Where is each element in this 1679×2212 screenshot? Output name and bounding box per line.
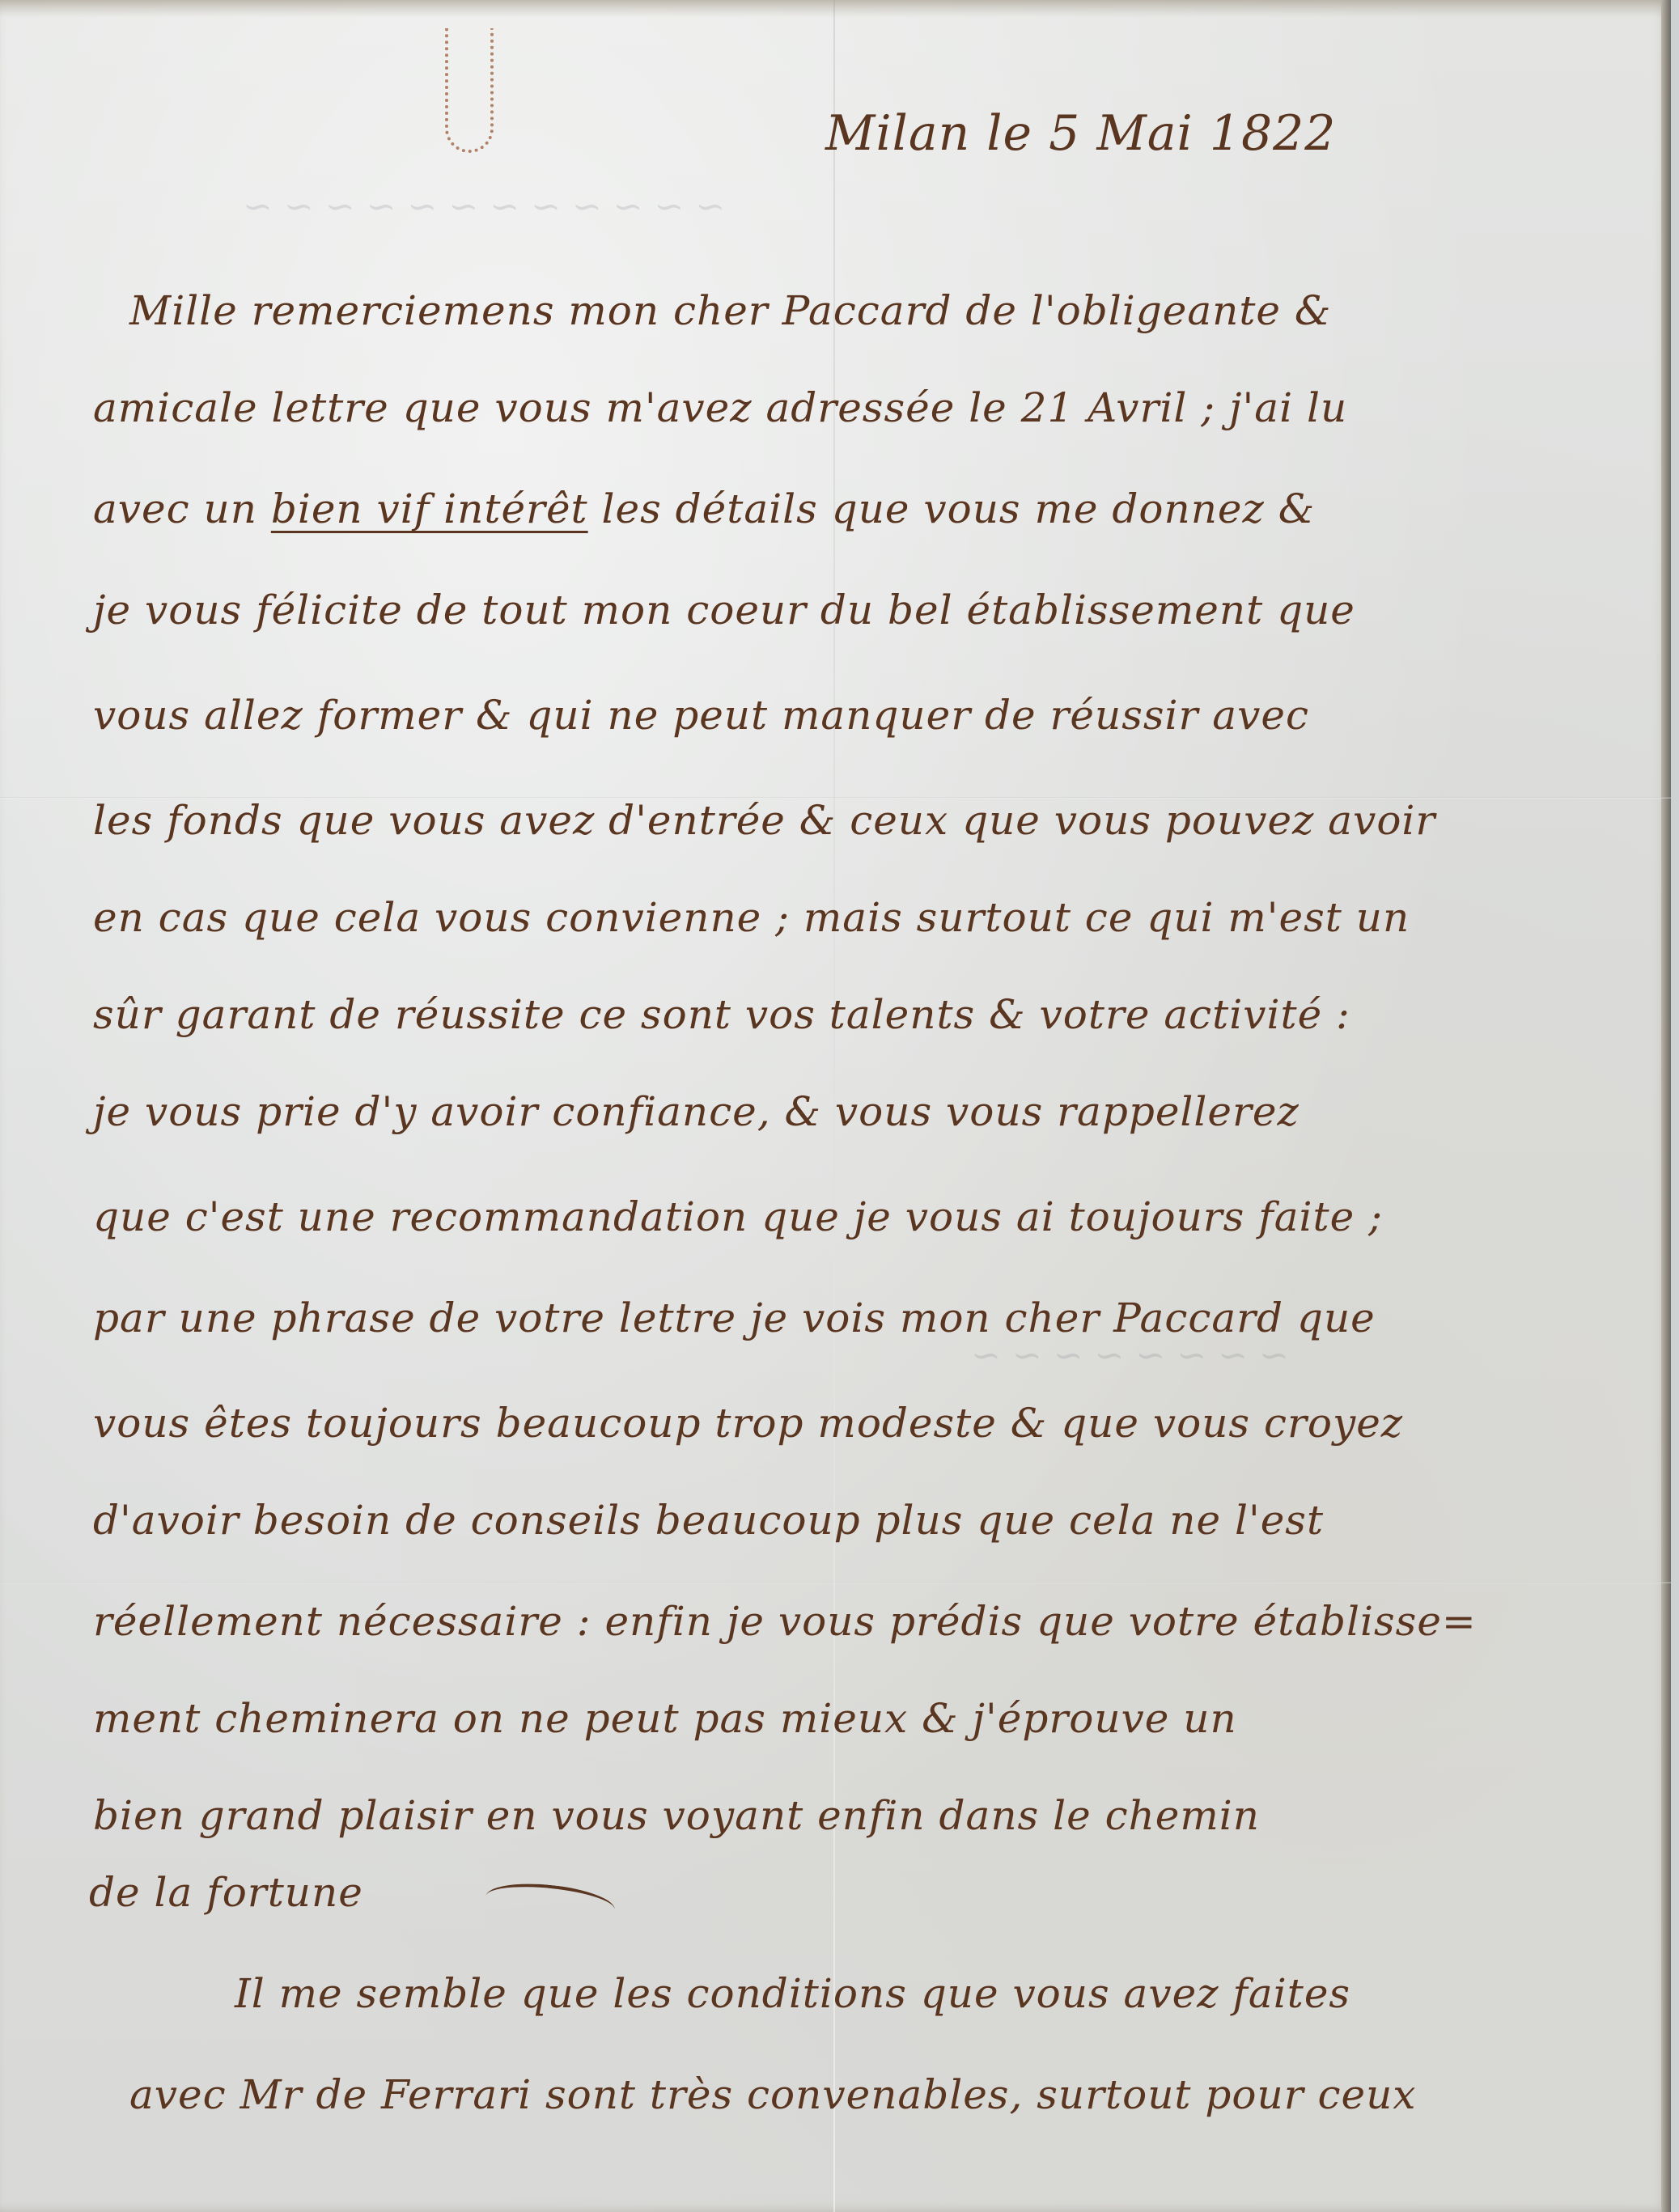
paper-top-shadow	[0, 0, 1671, 18]
letter-line: les fonds que vous avez d'entrée & ceux …	[93, 797, 1435, 844]
letter-line: vous allez former & qui ne peut manquer …	[93, 692, 1309, 739]
letter-line: sûr garant de réussite ce sont vos talen…	[93, 991, 1350, 1038]
letter-line: je vous félicite de tout mon coeur du be…	[93, 587, 1355, 634]
dateline: Milan le 5 Mai 1822	[825, 105, 1336, 162]
letter-line: Il me semble que les conditions que vous…	[235, 1970, 1350, 2017]
letter-text: les détails que vous me donnez &	[588, 485, 1316, 532]
underlined-phrase: bien vif intérêt	[271, 485, 588, 532]
letter-line: je vous prie d'y avoir confiance, & vous…	[93, 1088, 1300, 1135]
letter-sheet: ~ ~ ~ ~ ~ ~ ~ ~ ~ ~ ~ ~ ~ ~ ~ ~ ~ ~ ~ ~ …	[0, 0, 1671, 2212]
letter-line: vous êtes toujours beaucoup trop modeste…	[93, 1400, 1403, 1447]
letter-line: amicale lettre que vous m'avez adressée …	[93, 384, 1347, 431]
letter-line: d'avoir besoin de conseils beaucoup plus…	[93, 1497, 1324, 1544]
letter-line: de la fortune	[89, 1869, 363, 1916]
closing-flourish	[484, 1879, 617, 1927]
letter-line: Mille remerciemens mon cher Paccard de l…	[129, 287, 1331, 334]
seal-trace-mark	[445, 28, 494, 153]
letter-line: avec Mr de Ferrari sont très convenables…	[129, 2071, 1417, 2118]
letter-line: bien grand plaisir en vous voyant enfin …	[93, 1792, 1260, 1839]
fold-line	[0, 1582, 1671, 1583]
letter-text: avec un	[93, 485, 271, 532]
paper-right-edge	[1661, 0, 1671, 2212]
letter-line: avec un bien vif intérêt les détails que…	[93, 485, 1315, 532]
letter-line: que c'est une recommandation que je vous…	[93, 1193, 1383, 1240]
letter-line: par une phrase de votre lettre je vois m…	[93, 1295, 1376, 1341]
letter-line: réellement nécessaire : enfin je vous pr…	[93, 1598, 1477, 1645]
bleed-through-text: ~ ~ ~ ~ ~ ~ ~ ~ ~ ~ ~ ~	[243, 186, 725, 227]
letter-line: en cas que cela vous convienne ; mais su…	[93, 894, 1410, 941]
letter-line: ment cheminera on ne peut pas mieux & j'…	[93, 1695, 1237, 1742]
